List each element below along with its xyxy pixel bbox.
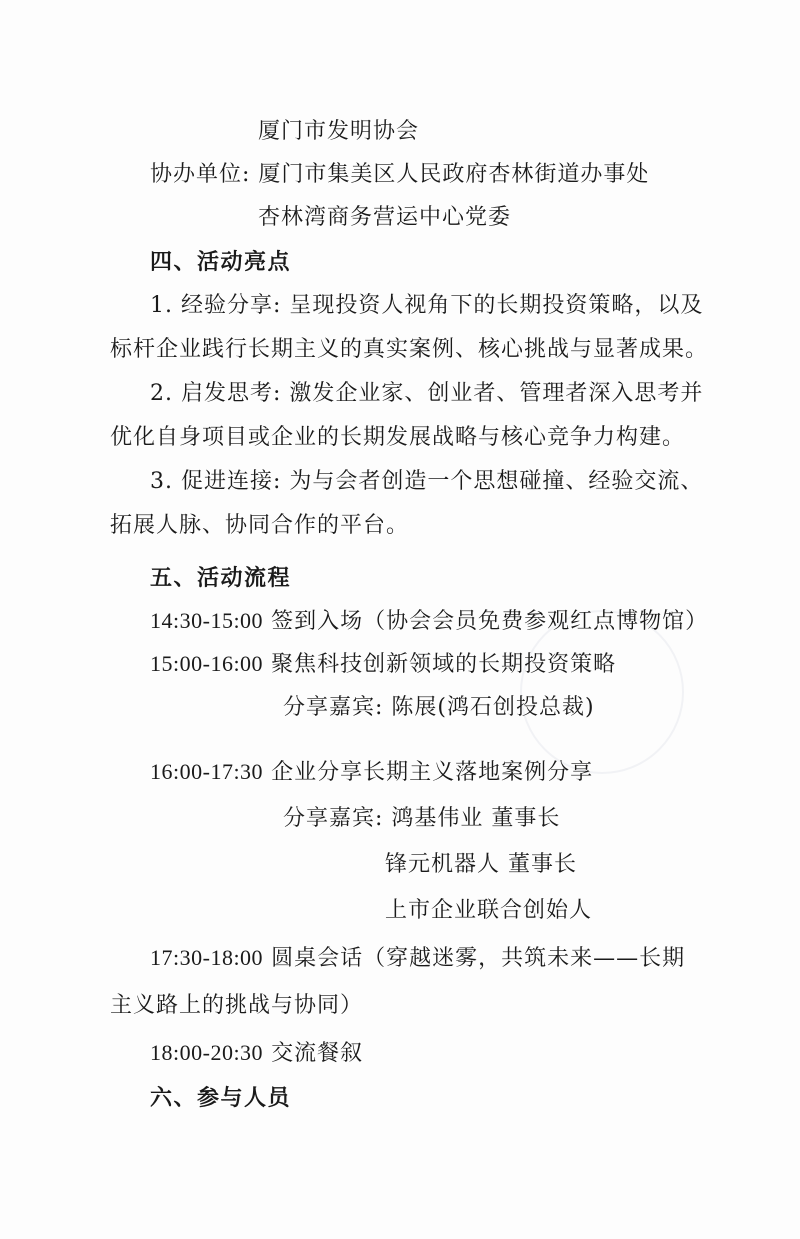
- co-organizer-2: 杏林湾商务营运中心党委: [258, 204, 511, 232]
- schedule-time: 17:30-18:00: [150, 945, 263, 970]
- schedule-title: 签到入场（协会会员免费参观红点博物馆）: [271, 609, 708, 634]
- guest-name: 上市企业联合创始人: [385, 897, 592, 925]
- co-organizer-label: 协办单位:: [150, 162, 250, 187]
- schedule-title: 企业分享长期主义落地案例分享: [271, 760, 593, 785]
- guest-label: 分享嘉宾:: [283, 695, 383, 720]
- highlight-1-line1: 1. 经验分享: 呈现投资人视角下的长期投资策略，以及: [150, 292, 703, 320]
- guest-name: 锋元机器人 董事长: [385, 851, 577, 879]
- highlight-2-line2: 优化自身项目或企业的长期发展战略与核心竞争力构建。: [110, 424, 685, 452]
- highlight-3-line2: 拓展人脉、协同合作的平台。: [110, 512, 409, 540]
- schedule-time: 15:00-16:00: [150, 651, 263, 676]
- co-organizer-1: 厦门市集美区人民政府杏林街道办事处: [258, 162, 649, 187]
- schedule-time: 18:00-20:30: [150, 1040, 263, 1065]
- guest-name: 鸿基伟业 董事长: [391, 806, 560, 831]
- highlight-3-line1: 3. 促进连接: 为与会者创造一个思想碰撞、经验交流、: [150, 468, 703, 496]
- schedule-title-continued: 主义路上的挑战与协同）: [110, 992, 363, 1020]
- section-heading-participants: 六、参与人员: [150, 1084, 291, 1112]
- highlight-1-line2: 标杆企业践行长期主义的真实案例、核心挑战与显著成果。: [110, 336, 708, 364]
- guest-line: 分享嘉宾:陈展(鸿石创投总裁): [283, 694, 595, 722]
- co-organizer-line: 协办单位:厦门市集美区人民政府杏林街道办事处: [150, 161, 649, 189]
- schedule-row: 15:00-16:00 聚焦科技创新领域的长期投资策略: [150, 650, 616, 679]
- highlight-2-line1: 2. 启发思考: 激发企业家、创业者、管理者深入思考并: [150, 380, 703, 408]
- schedule-row: 18:00-20:30 交流餐叙: [150, 1039, 363, 1068]
- guest-line: 分享嘉宾:鸿基伟业 董事长: [283, 805, 560, 833]
- schedule-row: 17:30-18:00 圆桌会话（穿越迷雾，共筑未来——长期: [150, 944, 685, 973]
- section-heading-schedule: 五、活动流程: [150, 564, 291, 592]
- schedule-title: 交流餐叙: [271, 1041, 363, 1066]
- schedule-title: 聚焦科技创新领域的长期投资策略: [271, 652, 616, 677]
- guest-label: 分享嘉宾:: [283, 806, 383, 831]
- guest-name: 陈展(鸿石创投总裁): [391, 695, 594, 720]
- schedule-title: 圆桌会话（穿越迷雾，共筑未来——长期: [271, 946, 685, 971]
- organizer-line: 厦门市发明协会: [258, 118, 419, 146]
- schedule-row: 14:30-15:00 签到入场（协会会员免费参观红点博物馆）: [150, 607, 708, 636]
- schedule-row: 16:00-17:30 企业分享长期主义落地案例分享: [150, 758, 593, 787]
- schedule-time: 16:00-17:30: [150, 759, 263, 784]
- schedule-time: 14:30-15:00: [150, 608, 263, 633]
- document-page: 厦门市发明协会 协办单位:厦门市集美区人民政府杏林街道办事处 杏林湾商务营运中心…: [0, 0, 800, 1239]
- section-heading-highlights: 四、活动亮点: [150, 248, 291, 276]
